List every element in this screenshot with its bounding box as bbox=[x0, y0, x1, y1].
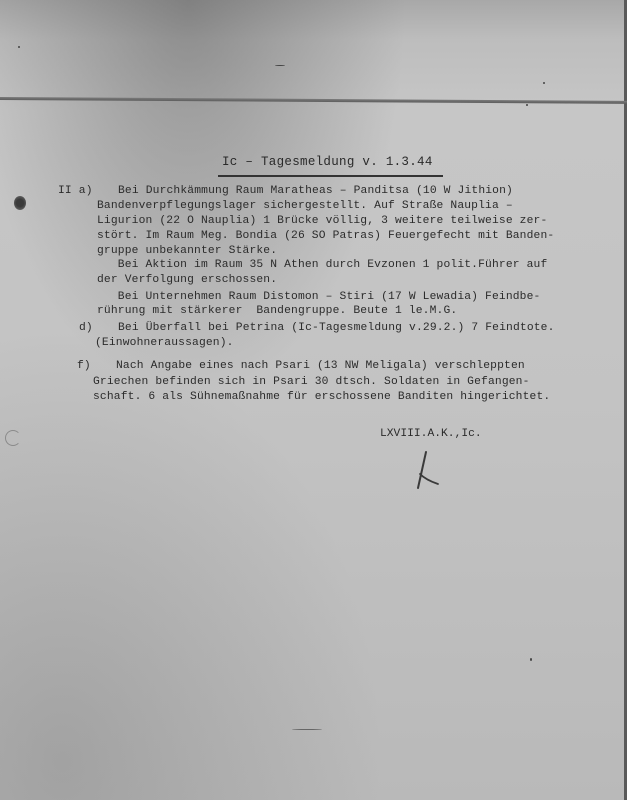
text-line: stört. Im Raum Meg. Bondia (26 SO Patras… bbox=[97, 230, 554, 242]
text-line: Bei Überfall bei Petrina (Ic-Tagesmeldun… bbox=[118, 322, 555, 334]
text-line: Bei Unternehmen Raum Distomon – Stiri (1… bbox=[97, 291, 540, 303]
text-line: (Einwohneraussagen). bbox=[95, 337, 234, 349]
title-underline bbox=[218, 175, 443, 177]
text-line: Nach Angabe eines nach Psari (13 NW Meli… bbox=[116, 360, 525, 372]
speck bbox=[526, 104, 528, 106]
hole-ring-mark bbox=[5, 430, 21, 446]
speck bbox=[18, 46, 20, 48]
speck bbox=[530, 658, 532, 661]
section-marker-f: f) bbox=[77, 360, 91, 372]
text-line: Bandenverpflegungslager sichergestellt. … bbox=[97, 200, 513, 212]
text-line: gruppe unbekannter Stärke. bbox=[97, 245, 277, 257]
section-marker-IIa: II a) bbox=[58, 185, 93, 197]
text-line: Bei Durchkämmung Raum Maratheas – Pandit… bbox=[118, 185, 513, 197]
speck bbox=[292, 729, 322, 730]
text-line: Griechen befinden sich in Psari 30 dtsch… bbox=[93, 376, 530, 388]
text-line: Bei Aktion im Raum 35 N Athen durch Evzo… bbox=[97, 259, 547, 271]
speck bbox=[275, 65, 285, 66]
text-line: Ligurion (22 O Nauplia) 1 Brücke völlig,… bbox=[97, 215, 547, 227]
signature-unit: LXVIII.A.K.,Ic. bbox=[380, 428, 482, 440]
handwritten-initial bbox=[412, 450, 442, 490]
document-page: Ic – Tagesmeldung v. 1.3.44 II a) Bei Du… bbox=[0, 0, 627, 800]
text-line: schaft. 6 als Sühnemaßnahme für erschoss… bbox=[93, 391, 550, 403]
text-line: rührung mit stärkerer Bandengruppe. Beut… bbox=[97, 305, 457, 317]
speck bbox=[543, 82, 545, 84]
fold-line bbox=[0, 97, 627, 104]
hole-punch-mark bbox=[14, 196, 26, 210]
section-marker-d: d) bbox=[79, 322, 93, 334]
text-line: der Verfolgung erschossen. bbox=[97, 274, 277, 286]
document-title: Ic – Tagesmeldung v. 1.3.44 bbox=[222, 155, 433, 169]
